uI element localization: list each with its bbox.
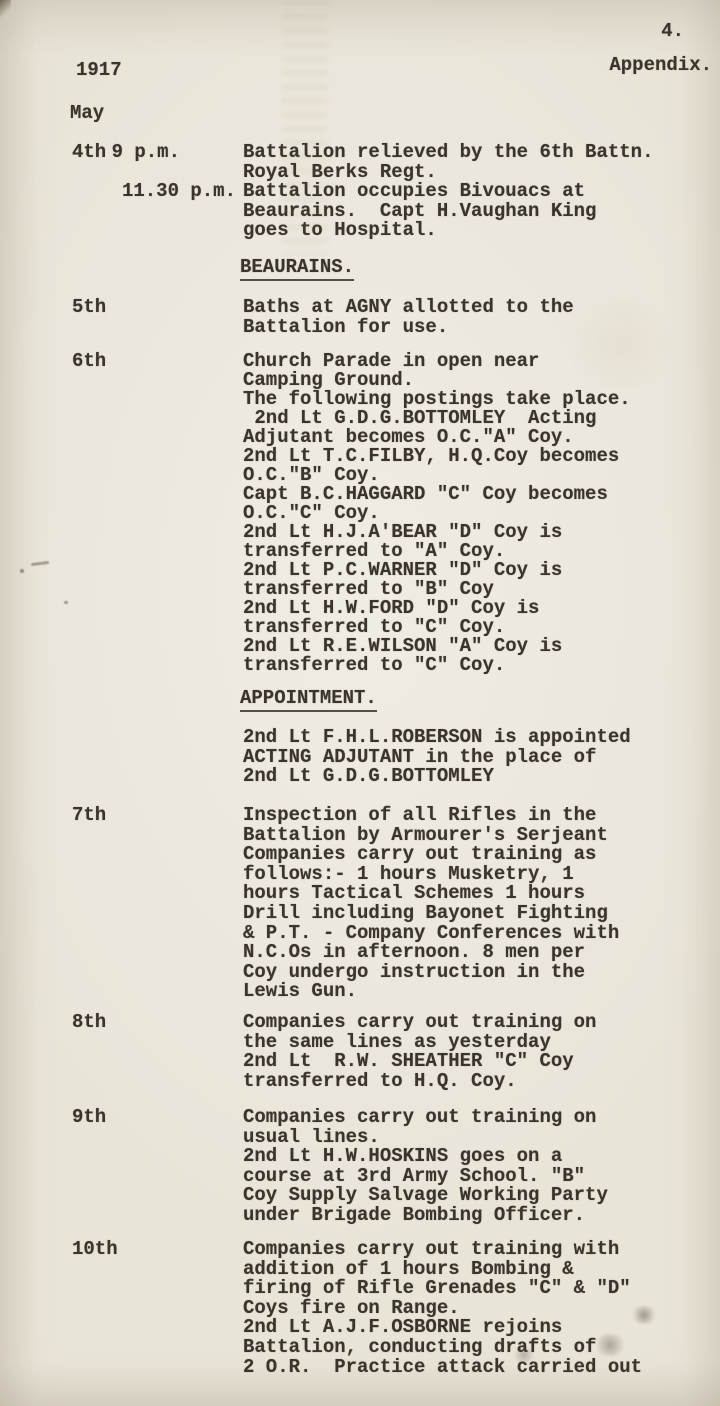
entry-row: Church Parade in open near Camping Groun…	[243, 352, 703, 675]
diary-line: 2nd Lt F.H.L.ROBERSON is appointed	[243, 728, 703, 748]
section-heading-block: APPOINTMENT.	[0, 689, 720, 712]
diary-line: N.C.Os in afternoon. 8 men per	[243, 943, 703, 963]
paper-corner-mark	[0, 0, 11, 17]
diary-entry: 6th Church Parade in open near Camping G…	[0, 352, 720, 675]
entry-date: 10th	[72, 1240, 118, 1260]
section-heading-block: BEAURAINS.	[0, 258, 720, 281]
entry-row: Companies carry out training on the same…	[243, 1013, 703, 1091]
diary-line: 2 O.R. Practice attack carried out	[243, 1358, 703, 1378]
diary-entry: 4th 9 p.m. Battalion relieved by the 6th…	[0, 143, 720, 241]
ink-smudge	[512, 1347, 536, 1363]
diary-line: transferred to "C" Coy.	[243, 656, 703, 675]
paper-stain	[560, 300, 680, 390]
entry-date: 6th	[72, 352, 106, 371]
pencil-mark-dot	[20, 569, 24, 573]
entry-body: Companies carry out training on the same…	[243, 1013, 703, 1091]
section-heading: BEAURAINS.	[240, 258, 354, 281]
entry-row: Inspection of all Rifles in the Battalio…	[243, 806, 703, 1002]
diary-line: Lewis Gun.	[243, 982, 703, 1002]
diary-entry: 7th Inspection of all Rifles in the Batt…	[0, 806, 720, 1002]
entry-date: 9th	[72, 1108, 106, 1128]
diary-line: Inspection of all Rifles in the	[243, 806, 703, 826]
diary-line: 2nd Lt G.D.G.BOTTOMLEY	[243, 767, 703, 787]
war-diary-page: 4. 1917 Appendix. May 4th 9 p.m. Battali…	[0, 0, 720, 1406]
diary-line: Companies carry out training on	[243, 1108, 703, 1128]
entry-date: 4th	[72, 143, 106, 163]
diary-line: firing of Rifle Grenades "C" & "D"	[243, 1279, 703, 1299]
pencil-speck	[64, 601, 68, 604]
diary-entry: 10th Companies carry out training with a…	[0, 1240, 720, 1377]
diary-line: 2nd Lt H.W.HOSKINS goes on a	[243, 1147, 703, 1167]
entry-body: Inspection of all Rifles in the Battalio…	[243, 806, 703, 1002]
entry-date: 8th	[72, 1013, 106, 1033]
diary-entry: 2nd Lt F.H.L.ROBERSON is appointed ACTIN…	[0, 728, 720, 787]
ink-smudge	[630, 1306, 658, 1324]
diary-line: under Brigade Bombing Officer.	[243, 1206, 703, 1226]
section-heading: APPOINTMENT.	[240, 689, 377, 712]
diary-line: 2nd Lt R.W. SHEATHER "C" Coy	[243, 1052, 703, 1072]
entry-date: 5th	[72, 298, 106, 318]
entry-row: Companies carry out training on usual li…	[243, 1108, 703, 1226]
entry-date: 7th	[72, 806, 106, 826]
ink-smudge	[592, 1334, 628, 1356]
ink-bleedthrough-streak	[282, 0, 328, 255]
diary-line: Companies carry out training as	[243, 845, 703, 865]
diary-entries: 4th 9 p.m. Battalion relieved by the 6th…	[0, 0, 720, 1406]
entry-time: 9 p.m.	[112, 143, 180, 163]
diary-line: transferred to H.Q. Coy.	[243, 1072, 703, 1092]
diary-line: Battalion, conducting drafts of	[243, 1338, 703, 1358]
entry-body: Companies carry out training on usual li…	[243, 1108, 703, 1226]
diary-entry: 9th Companies carry out training on usua…	[0, 1108, 720, 1226]
diary-line: Companies carry out training with	[243, 1240, 703, 1260]
diary-line: Drill including Bayonet Fighting	[243, 904, 703, 924]
entry-row: 2nd Lt F.H.L.ROBERSON is appointed ACTIN…	[243, 728, 703, 787]
entry-time: 11.30 p.m.	[122, 182, 236, 202]
diary-line: Companies carry out training on	[243, 1013, 703, 1033]
diary-entry: 8th Companies carry out training on the …	[0, 1013, 720, 1091]
entry-body: 2nd Lt F.H.L.ROBERSON is appointed ACTIN…	[243, 728, 703, 787]
entry-body: Church Parade in open near Camping Groun…	[243, 352, 703, 675]
